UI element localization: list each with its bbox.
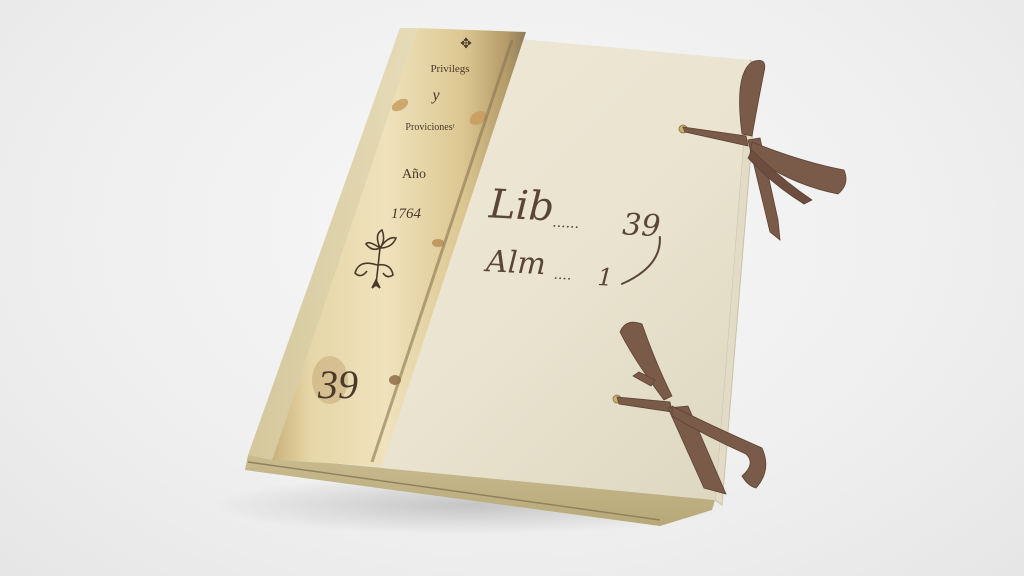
cover-alm-label: Alm (482, 244, 546, 282)
photo-scene: ✥ Privilegs y Provicionesᵗ Año 1764 39 L… (0, 0, 1024, 576)
cover-lib-label: Lib (487, 181, 555, 230)
cover-alm-dots: .... (553, 267, 572, 284)
cover-lib-dots: ...... (552, 215, 580, 232)
spine-line-y: y (430, 87, 440, 104)
spine-number: 39 (317, 362, 358, 407)
spine-line-ano: Año (402, 167, 426, 182)
cover-alm-value: 1 (597, 263, 614, 292)
spine-line-provisiones: Provicionesᵗ (405, 122, 454, 133)
spine-line-privilegios: Privilegs (430, 63, 469, 75)
cover-lib-value: 39 (621, 207, 661, 244)
folder-photo: ✥ Privilegs y Provicionesᵗ Año 1764 39 L… (0, 0, 1024, 576)
spine-line-year: 1764 (391, 206, 422, 222)
spine-ornament-top: ✥ (460, 37, 472, 52)
